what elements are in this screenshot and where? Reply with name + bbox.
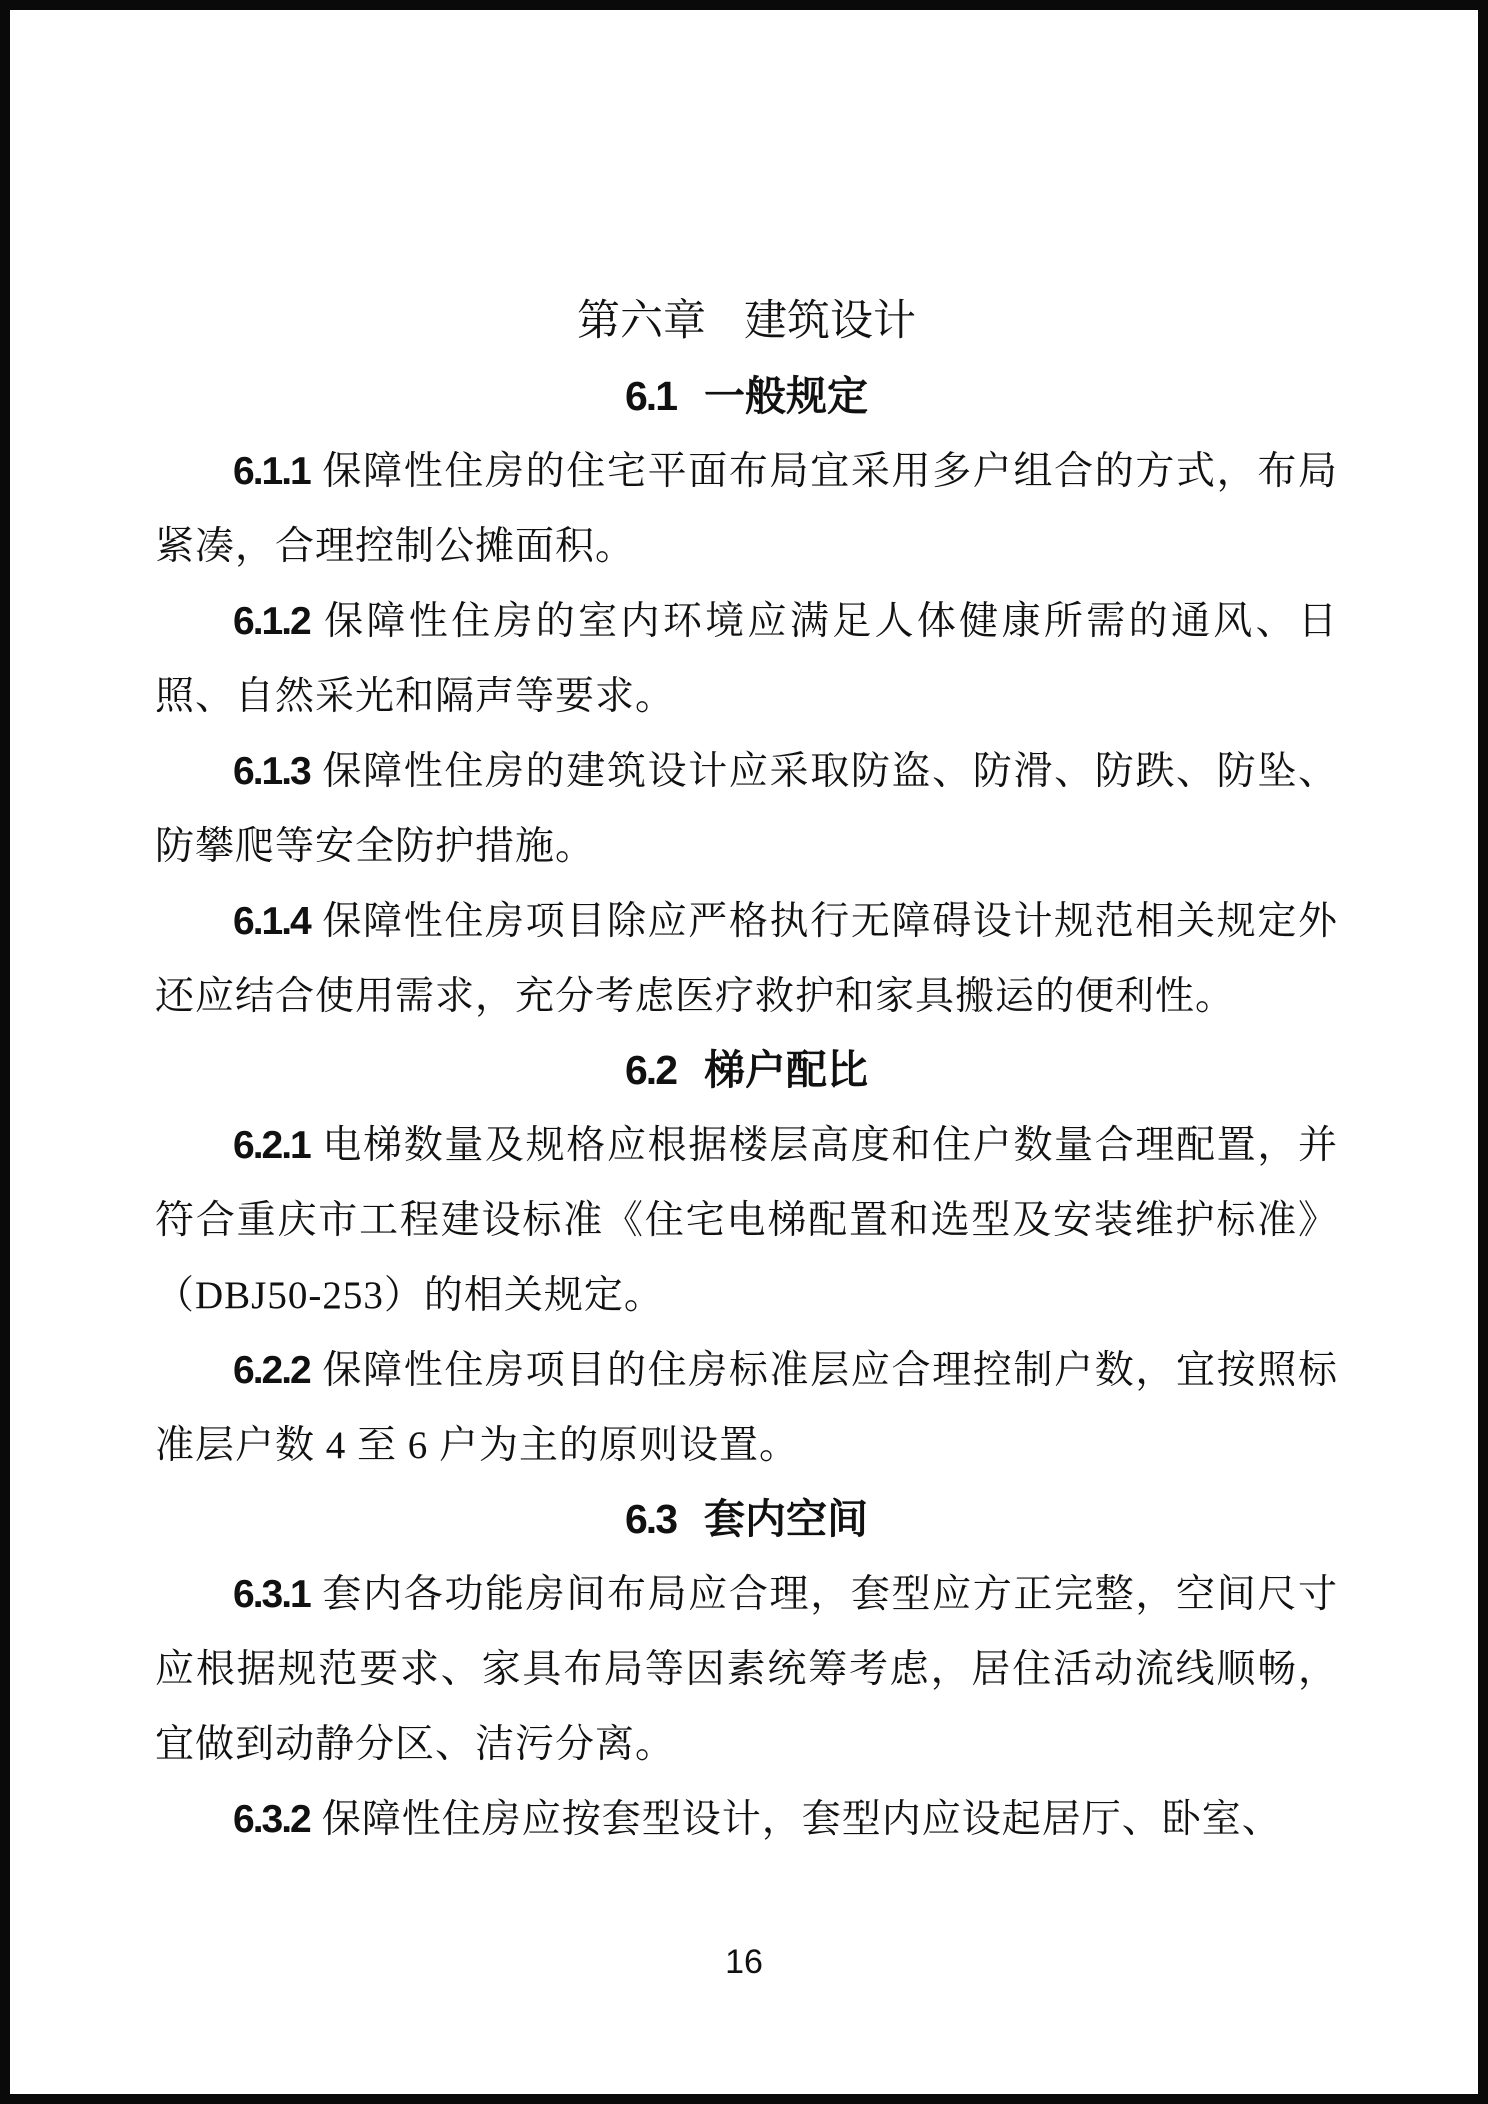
clause-text: 保障性住房应按套型设计，套型内应设起居厅、卧室、 — [322, 1798, 1282, 1841]
section-title: 梯户配比 — [704, 1047, 868, 1093]
clause-number: 6.1.4 — [233, 900, 310, 943]
clause-6-2-1: 6.2.1电梯数量及规格应根据楼层高度和住户数量合理配置，并符合重庆市工程建设标… — [155, 1108, 1338, 1333]
clause-6-3-1: 6.3.1套内各功能房间布局应合理，套型应方正完整，空间尺寸应根据规范要求、家具… — [155, 1557, 1338, 1782]
section-number: 6.2 — [625, 1047, 676, 1093]
clause-text: 电梯数量及规格应根据楼层高度和住户数量合理配置，并符合重庆市工程建设标准《住宅电… — [155, 1124, 1338, 1317]
clause-number: 6.1.2 — [233, 600, 310, 643]
clause-6-2-2: 6.2.2保障性住房项目的住房标准层应合理控制户数，宜按照标准层户数 4 至 6… — [155, 1333, 1338, 1483]
clause-text: 保障性住房的住宅平面布局宜采用多户组合的方式，布局紧凑，合理控制公摊面积。 — [155, 450, 1338, 568]
clause-number: 6.3.2 — [233, 1798, 310, 1841]
chapter-title: 第六章建筑设计 — [155, 296, 1338, 348]
clause-6-1-1: 6.1.1保障性住房的住宅平面布局宜采用多户组合的方式，布局紧凑，合理控制公摊面… — [155, 434, 1338, 584]
clause-number: 6.1.3 — [233, 750, 310, 793]
chapter-number: 第六章 — [577, 298, 706, 345]
clause-text: 保障性住房的建筑设计应采取防盗、防滑、防跌、防坠、防攀爬等安全防护措施。 — [155, 750, 1338, 868]
clause-text: 保障性住房的室内环境应满足人体健康所需的通风、日照、自然采光和隔声等要求。 — [155, 600, 1338, 718]
section-number: 6.3 — [625, 1496, 676, 1542]
clause-text: 保障性住房项目的住房标准层应合理控制户数，宜按照标准层户数 4 至 6 户为主的… — [155, 1349, 1338, 1467]
clause-number: 6.2.1 — [233, 1124, 310, 1167]
clause-6-3-2: 6.3.2保障性住房应按套型设计，套型内应设起居厅、卧室、 — [155, 1782, 1338, 1857]
section-title: 一般规定 — [704, 373, 868, 419]
clause-6-1-2: 6.1.2保障性住房的室内环境应满足人体健康所需的通风、日照、自然采光和隔声等要… — [155, 584, 1338, 734]
page-footer: 16 — [10, 1943, 1478, 1982]
clause-6-1-3: 6.1.3保障性住房的建筑设计应采取防盗、防滑、防跌、防坠、防攀爬等安全防护措施… — [155, 734, 1338, 884]
section-heading-6-1: 6.1一般规定 — [155, 370, 1338, 422]
clause-number: 6.1.1 — [233, 450, 310, 493]
clause-number: 6.3.1 — [233, 1573, 310, 1616]
section-heading-6-3: 6.3套内空间 — [155, 1493, 1338, 1545]
clause-6-1-4: 6.1.4保障性住房项目除应严格执行无障碍设计规范相关规定外还应结合使用需求，充… — [155, 884, 1338, 1034]
section-title: 套内空间 — [704, 1496, 868, 1542]
section-heading-6-2: 6.2梯户配比 — [155, 1044, 1338, 1096]
clause-number: 6.2.2 — [233, 1349, 310, 1392]
section-number: 6.1 — [625, 373, 676, 419]
clause-text: 保障性住房项目除应严格执行无障碍设计规范相关规定外还应结合使用需求，充分考虑医疗… — [155, 900, 1338, 1018]
chapter-name: 建筑设计 — [744, 298, 916, 345]
page-number: 16 — [725, 1943, 763, 1981]
document-page: 第六章建筑设计 6.1一般规定 6.1.1保障性住房的住宅平面布局宜采用多户组合… — [0, 0, 1488, 2104]
clause-text: 套内各功能房间布局应合理，套型应方正完整，空间尺寸应根据规范要求、家具布局等因素… — [155, 1573, 1338, 1766]
